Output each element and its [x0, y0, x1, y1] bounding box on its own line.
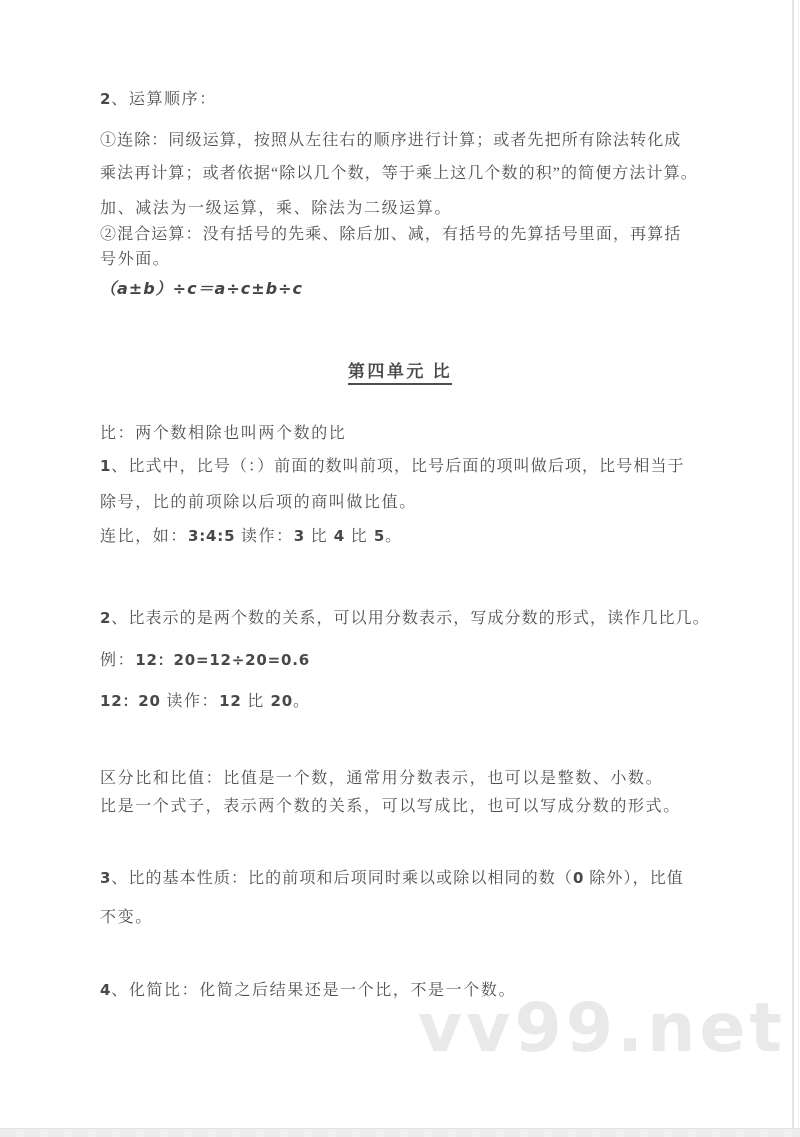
text: 除外），比值 [584, 870, 684, 887]
text: 比：两个数相除也叫两个数的比 [100, 425, 346, 442]
text: 除号，比的前项除以后项的商叫做比值。 [100, 494, 417, 511]
text: 比 [345, 528, 374, 545]
sec2-p4-line2: 不变。 [100, 910, 153, 926]
sec2-p2: 连比，如：3:4:5 读作：3 比 4 比 5。 [100, 529, 403, 545]
text: 、比式中，比号（：）前面的数叫前项，比号后面的项叫做后项，比号相当于 [111, 458, 684, 475]
equation-example: 12：20=12÷20=0.6 [135, 651, 310, 669]
text: 、化简比：化简之后结果还是一个比，不是一个数。 [111, 982, 516, 999]
text: 、比表示的是两个数的关系，可以用分数表示，写成分数的形式，读作几比几。 [111, 610, 710, 627]
sec1-paragraph1-line2: 乘法再计算；或者依据“除以几个数，等于乘上这几个数的积”的简便方法计算。 [100, 166, 698, 182]
number: 4 [334, 527, 345, 545]
sec2-p5: 4、化简比：化简之后结果还是一个比，不是一个数。 [100, 983, 516, 999]
sec1-formula: （a±b）÷c＝a÷c±b÷c [100, 281, 303, 298]
sec2-distinction-line2: 比是一个式子，表示两个数的关系，可以写成比，也可以写成分数的形式。 [100, 799, 681, 815]
sec2-p3-number: 2 [100, 609, 111, 627]
text: 加、减法为一级运算，乘、除法为二级运算。 [100, 200, 452, 217]
sec2-p1-line1: 1、比式中，比号（：）前面的数叫前项，比号后面的项叫做后项，比号相当于 [100, 459, 685, 475]
sec2-p4-number: 3 [100, 869, 111, 887]
page-edge-line [792, 0, 794, 1128]
text: 不变。 [100, 909, 153, 926]
text: 比 [242, 693, 271, 710]
text: ①连除：同级运算，按照从左往右的顺序进行计算；或者先把所有除法转化成 [100, 132, 681, 149]
text: 比是一个式子，表示两个数的关系，可以写成比，也可以写成分数的形式。 [100, 798, 681, 815]
text: 比 [305, 528, 334, 545]
sec2-p5-number: 4 [100, 981, 111, 999]
sec1-title-number: 2 [100, 90, 111, 108]
number: 3 [294, 527, 305, 545]
sec1-title: 2、运算顺序： [100, 92, 217, 108]
sec1-paragraph1-line1: ①连除：同级运算，按照从左往右的顺序进行计算；或者先把所有除法转化成 [100, 133, 681, 149]
text: ②混合运算：没有括号的先乘、除后加、减，有括号的先算括号里面，再算括 [100, 226, 681, 243]
formula-text: （a±b）÷c＝a÷c±b÷c [100, 279, 303, 298]
text: 连比，如： [100, 528, 188, 545]
sec1-paragraph3-line2: 号外面。 [100, 252, 170, 268]
text: 乘法再计算；或者依据“除以几个数，等于乘上这几个数的积”的简便方法计算。 [100, 165, 698, 182]
sec2-p1-line2: 除号，比的前项除以后项的商叫做比值。 [100, 495, 417, 511]
number: 0 [573, 869, 584, 887]
page-bottom-strip [0, 1128, 800, 1137]
sec2-heading-text: 第四单元 比 [348, 362, 452, 385]
number: 20 [270, 692, 292, 710]
text: 。 [385, 528, 403, 545]
text: 号外面。 [100, 251, 170, 268]
watermark: vv99.net [418, 995, 786, 1063]
sec2-intro: 比：两个数相除也叫两个数的比 [100, 426, 346, 442]
sec2-example2: 12：20 读作：12 比 20。 [100, 694, 311, 710]
document-page: vv99.net 2、运算顺序： ①连除：同级运算，按照从左往右的顺序进行计算；… [0, 0, 800, 1137]
sec1-title-text: 、运算顺序： [111, 91, 217, 108]
sec2-p1-number: 1 [100, 457, 111, 475]
ratio-example: 3:4:5 [188, 527, 235, 545]
text: 例： [100, 652, 135, 669]
sec2-heading: 第四单元 比 [0, 357, 800, 382]
number: 5 [374, 527, 385, 545]
ratio-example: 12：20 [100, 692, 161, 710]
sec2-p4-line1: 3、比的基本性质：比的前项和后项同时乘以或除以相同的数（0 除外），比值 [100, 871, 684, 887]
sec2-distinction-line1: 区分比和比值：比值是一个数，通常用分数表示，也可以是整数、小数。 [100, 771, 663, 787]
text: 读作： [235, 528, 293, 545]
page-edge-line-faint [798, 0, 799, 1128]
sec1-paragraph3-line1: ②混合运算：没有括号的先乘、除后加、减，有括号的先算括号里面，再算括 [100, 227, 681, 243]
sec1-paragraph2: 加、减法为一级运算，乘、除法为二级运算。 [100, 201, 452, 217]
sec2-p3: 2、比表示的是两个数的关系，可以用分数表示，写成分数的形式，读作几比几。 [100, 611, 710, 627]
sec2-example1: 例：12：20=12÷20=0.6 [100, 653, 310, 669]
text: 区分比和比值：比值是一个数，通常用分数表示，也可以是整数、小数。 [100, 770, 663, 787]
number: 12 [219, 692, 241, 710]
text: 、比的基本性质：比的前项和后项同时乘以或除以相同的数（ [111, 870, 573, 887]
text: 。 [293, 693, 311, 710]
text: 读作： [161, 693, 219, 710]
